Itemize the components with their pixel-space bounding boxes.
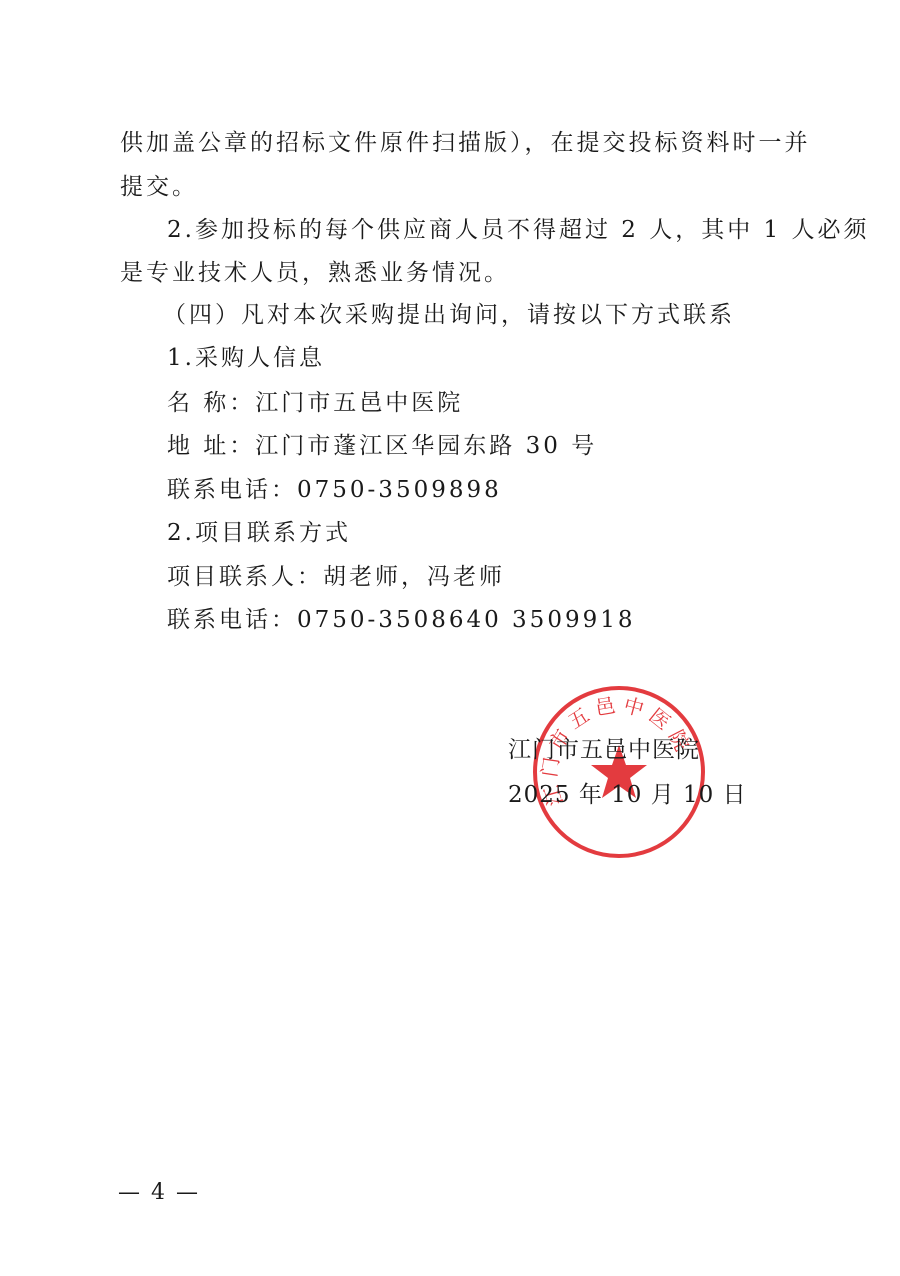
section-heading: （四）凡对本次采购提出询问，请按以下方式联系 [163,300,735,330]
paragraph-line-3: 2.参加投标的每个供应商人员不得超过 2 人，其中 1 人必须 [167,215,869,245]
purchaser-phone: 联系电话：0750-3509898 [167,475,502,505]
page-number: — 4 — [118,1180,200,1205]
project-contact-phone: 联系电话：0750-3508640 3509918 [167,605,635,635]
paragraph-line-4: 是专业技术人员，熟悉业务情况。 [120,258,510,288]
purchaser-address: 地 址：江门市蓬江区华园东路 30 号 [167,431,597,461]
purchaser-info-heading: 1.采购人信息 [167,343,325,373]
paragraph-line-2: 提交。 [120,172,198,202]
document-page: 供加盖公章的招标文件原件扫描版），在提交投标资料时一并 提交。 2.参加投标的每… [0,0,900,1276]
official-seal-stamp: 江门市五邑中医院 [530,683,708,861]
purchaser-name: 名 称：江门市五邑中医院 [167,388,463,418]
project-contact-heading: 2.项目联系方式 [167,518,351,548]
signature-organization: 江门市五邑中医院 [508,735,700,765]
signature-date: 2025 年 10 月 10 日 [508,780,747,810]
paragraph-line-1: 供加盖公章的招标文件原件扫描版），在提交投标资料时一并 [120,128,811,158]
project-contact-persons: 项目联系人：胡老师，冯老师 [167,562,505,592]
